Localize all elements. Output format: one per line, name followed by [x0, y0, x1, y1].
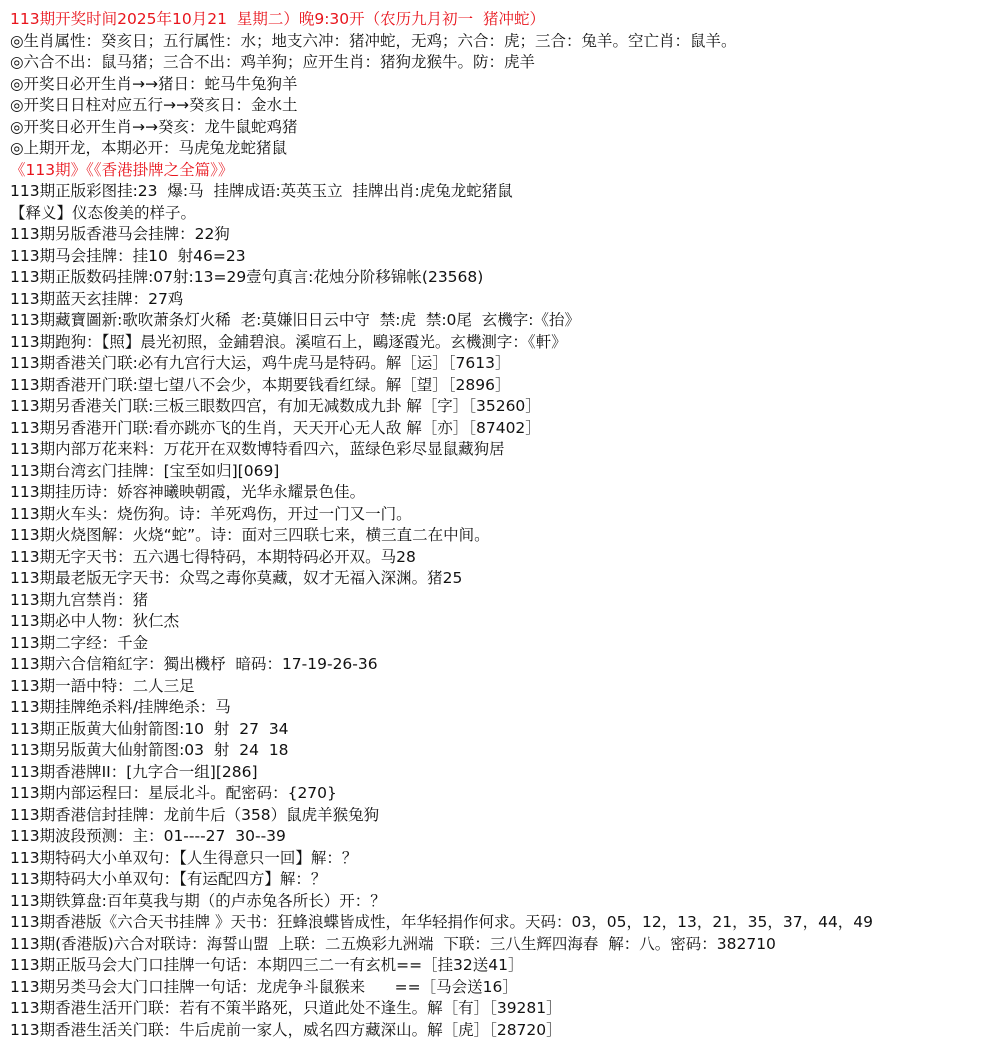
entry-line: 113期挂牌绝杀料/挂牌绝杀：马	[10, 697, 1000, 719]
entry-line: 113期铁算盘:百年莫我与期（的卢赤兔各所长）开：？	[10, 891, 1000, 913]
draw-time-header: 113期开奖时间2025年10月21 星期二）晚9:30开（农历九月初一 猪冲蛇…	[10, 9, 1000, 31]
entry-line: 113期香港关门联:必有九宫行大运，鸡牛虎马是特码。解［运］［7613］	[10, 353, 1000, 375]
entry-line: 113期香港生活开门联：若有不策半路死，只道此处不逢生。解［有］［39281］	[10, 998, 1000, 1020]
entry-line: 113期必中人物：狄仁杰	[10, 611, 1000, 633]
entry-line: 113期另类马会大门口挂牌一句话：龙虎争斗鼠猴来 ==［马会送16］	[10, 977, 1000, 999]
entry-line: 113期香港开门联:望七望八不会少，本期要钱看红绿。解［望］［2896］	[10, 375, 1000, 397]
document: 113期开奖时间2025年10月21 星期二）晚9:30开（农历九月初一 猪冲蛇…	[10, 9, 1000, 1041]
entry-line: 113期香港信封挂牌：龙前牛后（358）鼠虎羊猴兔狗	[10, 805, 1000, 827]
entry-line: 113期(香港版)六合对联诗：海誓山盟 上联：二五焕彩九洲端 下联：三八生辉四海…	[10, 934, 1000, 956]
entry-line: 113期跑狗：【照】晨光初照，金鋪碧浪。溪喧石上，鷗逐霞光。玄機測字：《軒》	[10, 332, 1000, 354]
entry-line: 113期香港生活关门联：牛后虎前一家人，威名四方藏深山。解［虎］［28720］	[10, 1020, 1000, 1042]
attribute-guihai-zodiac: ◎开奖日必开生肖→→癸亥：龙牛鼠蛇鸡猪	[10, 117, 1000, 139]
entry-line: 113期马会挂牌：挂10 射46=23	[10, 246, 1000, 268]
entry-line: 113期一語中特：二人三足	[10, 676, 1000, 698]
entry-line: 113期特码大小单双句：【有运配四方】解：？	[10, 869, 1000, 891]
entry-line: 113期正版黄大仙射箭图:10 射 27 34	[10, 719, 1000, 741]
attribute-day-pillar-elements: ◎开奖日日柱对应五行→→癸亥日：金水土	[10, 95, 1000, 117]
entry-line: 113期最老版无字天书：众骂之毒你莫藏，奴才无福入深渊。猪25	[10, 568, 1000, 590]
entry-line: 113期波段预测：主：01----27 30--39	[10, 826, 1000, 848]
entry-line: 113期另版黄大仙射箭图:03 射 24 18	[10, 740, 1000, 762]
entry-line: 113期二字经：千金	[10, 633, 1000, 655]
entry-line: 113期正版数码挂牌:07射:13=29壹句真言:花烛分阶移锦帐(23568)	[10, 267, 1000, 289]
entry-line: 113期内部万花来料：万花开在双数博特看四六，蓝绿色彩尽显鼠藏狗居	[10, 439, 1000, 461]
entry-line: 113期另香港开门联:看亦跳亦飞的生肖，天天开心无人敌 解［亦］［87402］	[10, 418, 1000, 440]
attribute-zodiac-properties: ◎生肖属性：癸亥日；五行属性：水；地支六冲：猪冲蛇，无鸡；六合：虎；三合：兔羊。…	[10, 31, 1000, 53]
entry-line: 113期内部运程曰：星辰北斗。配密码：{270}	[10, 783, 1000, 805]
entry-line: 113期火车头：烧伤狗。诗：羊死鸡伤，开过一门又一门。	[10, 504, 1000, 526]
entry-line: 113期火烧图解：火烧“蛇”。诗：面对三四联七来，横三直二在中间。	[10, 525, 1000, 547]
entry-line: 113期另版香港马会挂牌：22狗	[10, 224, 1000, 246]
entry-line: 113期挂历诗：娇容神曦映朝霞，光华永耀景色佳。	[10, 482, 1000, 504]
attribute-last-draw: ◎上期开龙，本期必开：马虎兔龙蛇猪鼠	[10, 138, 1000, 160]
entry-line: 113期六合信箱紅字：獨出機杼 暗码：17-19-26-36	[10, 654, 1000, 676]
entry-line: 113期九宫禁肖：猪	[10, 590, 1000, 612]
attribute-pig-day-zodiac: ◎开奖日必开生肖→→猪日：蛇马牛兔狗羊	[10, 74, 1000, 96]
entry-line: 113期正版马会大门口挂牌一句话：本期四三二一有玄机==［挂32送41］	[10, 955, 1000, 977]
entry-line: 113期无字天书：五六遇七得特码，本期特码必开双。马28	[10, 547, 1000, 569]
entry-line: 113期蓝天玄挂牌：27鸡	[10, 289, 1000, 311]
entry-line: 113期台湾玄门挂牌：[宝至如归][069]	[10, 461, 1000, 483]
section-title: 《113期》《《香港掛牌之全篇》》	[10, 160, 1000, 182]
entry-line: 113期藏寶圖新:歌吹萧条灯火稀 老:莫嫌旧日云中守 禁:虎 禁:0尾 玄機字:…	[10, 310, 1000, 332]
entry-line: 113期正版彩图挂:23 爆:马 挂牌成语:英英玉立 挂牌出肖:虎兔龙蛇猪鼠	[10, 181, 1000, 203]
entry-line: 113期特码大小单双句：【人生得意只一回】解：？	[10, 848, 1000, 870]
entry-line: 【释义】仪态俊美的样子。	[10, 203, 1000, 225]
attribute-liuhe-excluded: ◎六合不出：鼠马猪；三合不出：鸡羊狗；应开生肖：猪狗龙猴牛。防：虎羊	[10, 52, 1000, 74]
entry-line: 113期另香港关门联:三板三眼数四宫，有加无减数成九卦 解［字］［35260］	[10, 396, 1000, 418]
entry-line: 113期香港牌II：[九字合一组][286]	[10, 762, 1000, 784]
entry-line: 113期香港版《六合天书挂牌 》天书：狂蜂浪蝶皆成性，年华轻捐作何求。天码：03…	[10, 912, 1000, 934]
